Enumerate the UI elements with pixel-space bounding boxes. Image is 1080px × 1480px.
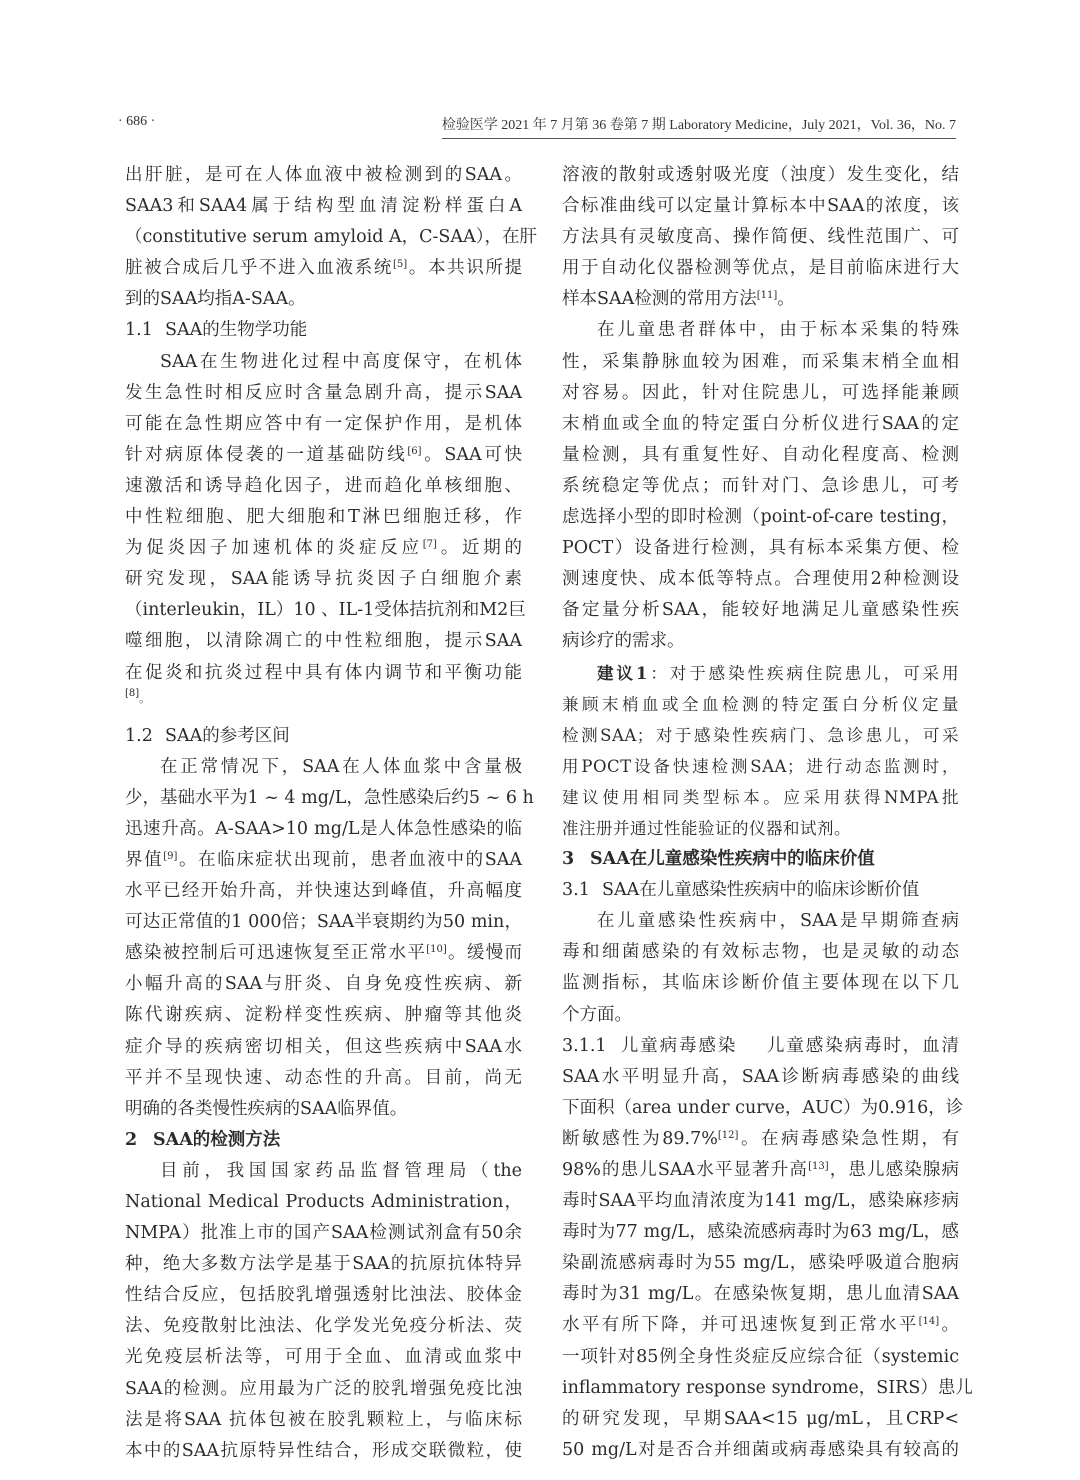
- page-number: · 686 ·: [118, 114, 155, 130]
- reference-range-paragraph: 在正常情况下，SAA在人体血浆中含量极 少，基础水平为1 ~ 4 mg/L，急性…: [125, 752, 522, 1125]
- recommendation-box: 建议1：对于感染性疾病住院患儿，可采用 兼顾末梢血或全血检测的特定蛋白分析仪定量…: [562, 658, 959, 845]
- section-heading-1-1: 1.1SAA的生物学功能: [125, 315, 522, 346]
- citation-ref[interactable]: [7]: [423, 539, 437, 550]
- section-heading-2: 2SAA的检测方法: [125, 1125, 522, 1156]
- citation-ref[interactable]: [5]: [393, 259, 407, 270]
- viral-infection-paragraph: 3.1.1儿童病毒感染 儿童感染病毒时，血清 SAA水平明显升高，SAA诊断病毒…: [562, 1031, 959, 1466]
- pediatric-sampling-paragraph: 在儿童患者群体中，由于标本采集的特殊 性，采集静脉血较为困难，而采集末梢全血相 …: [562, 315, 959, 657]
- left-column: 出肝脏，是可在人体血液中被检测到的SAA。 SAA3和SAA4属于结构型血清淀粉…: [125, 160, 522, 1467]
- method-continuation-paragraph: 溶液的散射或透射吸光度（浊度）发生变化，结 合标准曲线可以定量计算标本中SAA的…: [562, 160, 959, 315]
- diagnostic-value-paragraph: 在儿童感染性疾病中，SAA是早期筛查病 毒和细菌感染的有效标志物，也是灵敏的动态…: [562, 906, 959, 1030]
- section-heading-3: 3SAA在儿童感染性疾病中的临床价值: [562, 844, 959, 875]
- citation-ref[interactable]: [6]: [407, 446, 421, 457]
- journal-citation: 检验医学 2021 年 7 月第 36 卷第 7 期 Laboratory Me…: [442, 114, 956, 139]
- citation-ref[interactable]: [13]: [808, 1161, 829, 1172]
- method-paragraph: 目前，我国国家药品监督管理局（the National Medical Prod…: [125, 1156, 522, 1467]
- citation-ref[interactable]: [8]: [125, 688, 139, 699]
- recommendation-label: 建议1: [597, 664, 648, 683]
- right-column: 溶液的散射或透射吸光度（浊度）发生变化，结 合标准曲线可以定量计算标本中SAA的…: [562, 160, 959, 1466]
- citation-ref[interactable]: [12]: [718, 1130, 739, 1141]
- section-heading-3-1: 3.1SAA在儿童感染性疾病中的临床诊断价值: [562, 875, 959, 906]
- section-heading-1-2: 1.2SAA的参考区间: [125, 721, 522, 752]
- biology-paragraph: SAA在生物进化过程中高度保守，在机体 发生急性时相反应时含量急剧升高，提示SA…: [125, 347, 522, 709]
- intro-paragraph: 出肝脏，是可在人体血液中被检测到的SAA。 SAA3和SAA4属于结构型血清淀粉…: [125, 160, 522, 315]
- citation-ref[interactable]: [14]: [919, 1316, 940, 1327]
- citation-ref[interactable]: [9]: [163, 851, 177, 862]
- running-header: · 686 · 检验医学 2021 年 7 月第 36 卷第 7 期 Labor…: [118, 112, 956, 138]
- citation-ref[interactable]: [11]: [757, 290, 778, 301]
- section-heading-3-1-1: 3.1.1儿童病毒感染 儿童感染病毒时，血清: [562, 1031, 959, 1062]
- citation-ref[interactable]: [10]: [426, 944, 447, 955]
